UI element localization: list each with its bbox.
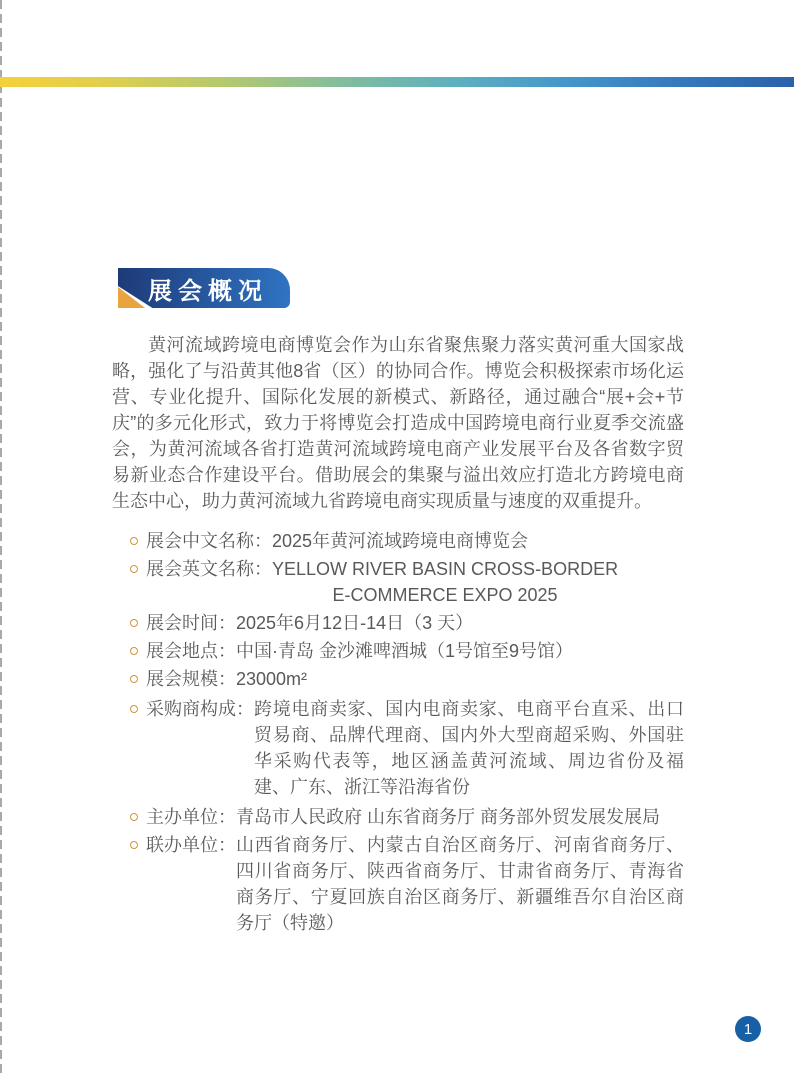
document-page: 展会概况 黄河流域跨境电商博览会作为山东省聚焦聚力落实黄河重大国家战略，强化了与… <box>0 0 794 1076</box>
item-content-line2: E-COMMERCE EXPO 2025 <box>272 582 618 608</box>
item-label: 联办单位： <box>146 832 236 858</box>
item-label: 展会规模： <box>146 666 236 692</box>
list-item-cohost: 联办单位： 山西省商务厅、内蒙古自治区商务厅、河南省商务厅、四川省商务厅、陕西省… <box>112 832 684 936</box>
list-item-buyers: 采购商构成： 跨境电商卖家、国内电商卖家、电商平台直采、出口贸易商、品牌代理商、… <box>112 696 684 800</box>
list-item-scale: 展会规模： 23000m² <box>112 666 684 692</box>
top-gradient-bar <box>0 77 794 87</box>
intro-paragraph: 黄河流域跨境电商博览会作为山东省聚焦聚力落实黄河重大国家战略，强化了与沿黄其他8… <box>112 332 684 514</box>
item-label: 展会中文名称： <box>146 528 272 554</box>
bullet-circle-icon <box>130 841 138 849</box>
left-dashed-border <box>0 0 2 1076</box>
list-item-location: 展会地点： 中国·青岛 金沙滩啤酒城（1号馆至9号馆） <box>112 638 684 664</box>
item-content: 山西省商务厅、内蒙古自治区商务厅、河南省商务厅、四川省商务厅、陕西省商务厅、甘肃… <box>236 832 684 936</box>
item-label: 主办单位： <box>146 804 236 830</box>
list-item-en-name: 展会英文名称： YELLOW RIVER BASIN CROSS-BORDER … <box>112 556 684 608</box>
item-label: 展会地点： <box>146 638 236 664</box>
item-content: 2025年6月12日-14日（3 天） <box>236 610 684 636</box>
bullet-circle-icon <box>130 675 138 683</box>
item-content: 2025年黄河流域跨境电商博览会 <box>272 528 684 554</box>
item-content: 中国·青岛 金沙滩啤酒城（1号馆至9号馆） <box>236 638 684 664</box>
section-title: 展会概况 <box>148 271 268 306</box>
item-content: YELLOW RIVER BASIN CROSS-BORDER E-COMMER… <box>272 556 618 608</box>
section-header: 展会概况 <box>118 268 290 308</box>
list-item-cn-name: 展会中文名称： 2025年黄河流域跨境电商博览会 <box>112 528 684 554</box>
details-list: 展会中文名称： 2025年黄河流域跨境电商博览会 展会英文名称： YELLOW … <box>112 528 684 938</box>
item-content: 青岛市人民政府 山东省商务厅 商务部外贸发展发展局 <box>236 804 684 830</box>
list-item-time: 展会时间： 2025年6月12日-14日（3 天） <box>112 610 684 636</box>
item-label: 采购商构成： <box>146 696 254 722</box>
bullet-circle-icon <box>130 619 138 627</box>
page-number-badge: 1 <box>735 1016 761 1042</box>
item-content-line1: YELLOW RIVER BASIN CROSS-BORDER <box>272 556 618 582</box>
bullet-circle-icon <box>130 705 138 713</box>
item-label: 展会时间： <box>146 610 236 636</box>
page-number: 1 <box>744 1021 752 1038</box>
item-content: 23000m² <box>236 666 684 692</box>
section-title-banner: 展会概况 <box>118 268 290 308</box>
bullet-circle-icon <box>130 647 138 655</box>
bullet-circle-icon <box>130 565 138 573</box>
list-item-host: 主办单位： 青岛市人民政府 山东省商务厅 商务部外贸发展发展局 <box>112 804 684 830</box>
item-content: 跨境电商卖家、国内电商卖家、电商平台直采、出口贸易商、品牌代理商、国内外大型商超… <box>254 696 684 800</box>
bullet-circle-icon <box>130 537 138 545</box>
item-label: 展会英文名称： <box>146 556 272 582</box>
bullet-circle-icon <box>130 813 138 821</box>
